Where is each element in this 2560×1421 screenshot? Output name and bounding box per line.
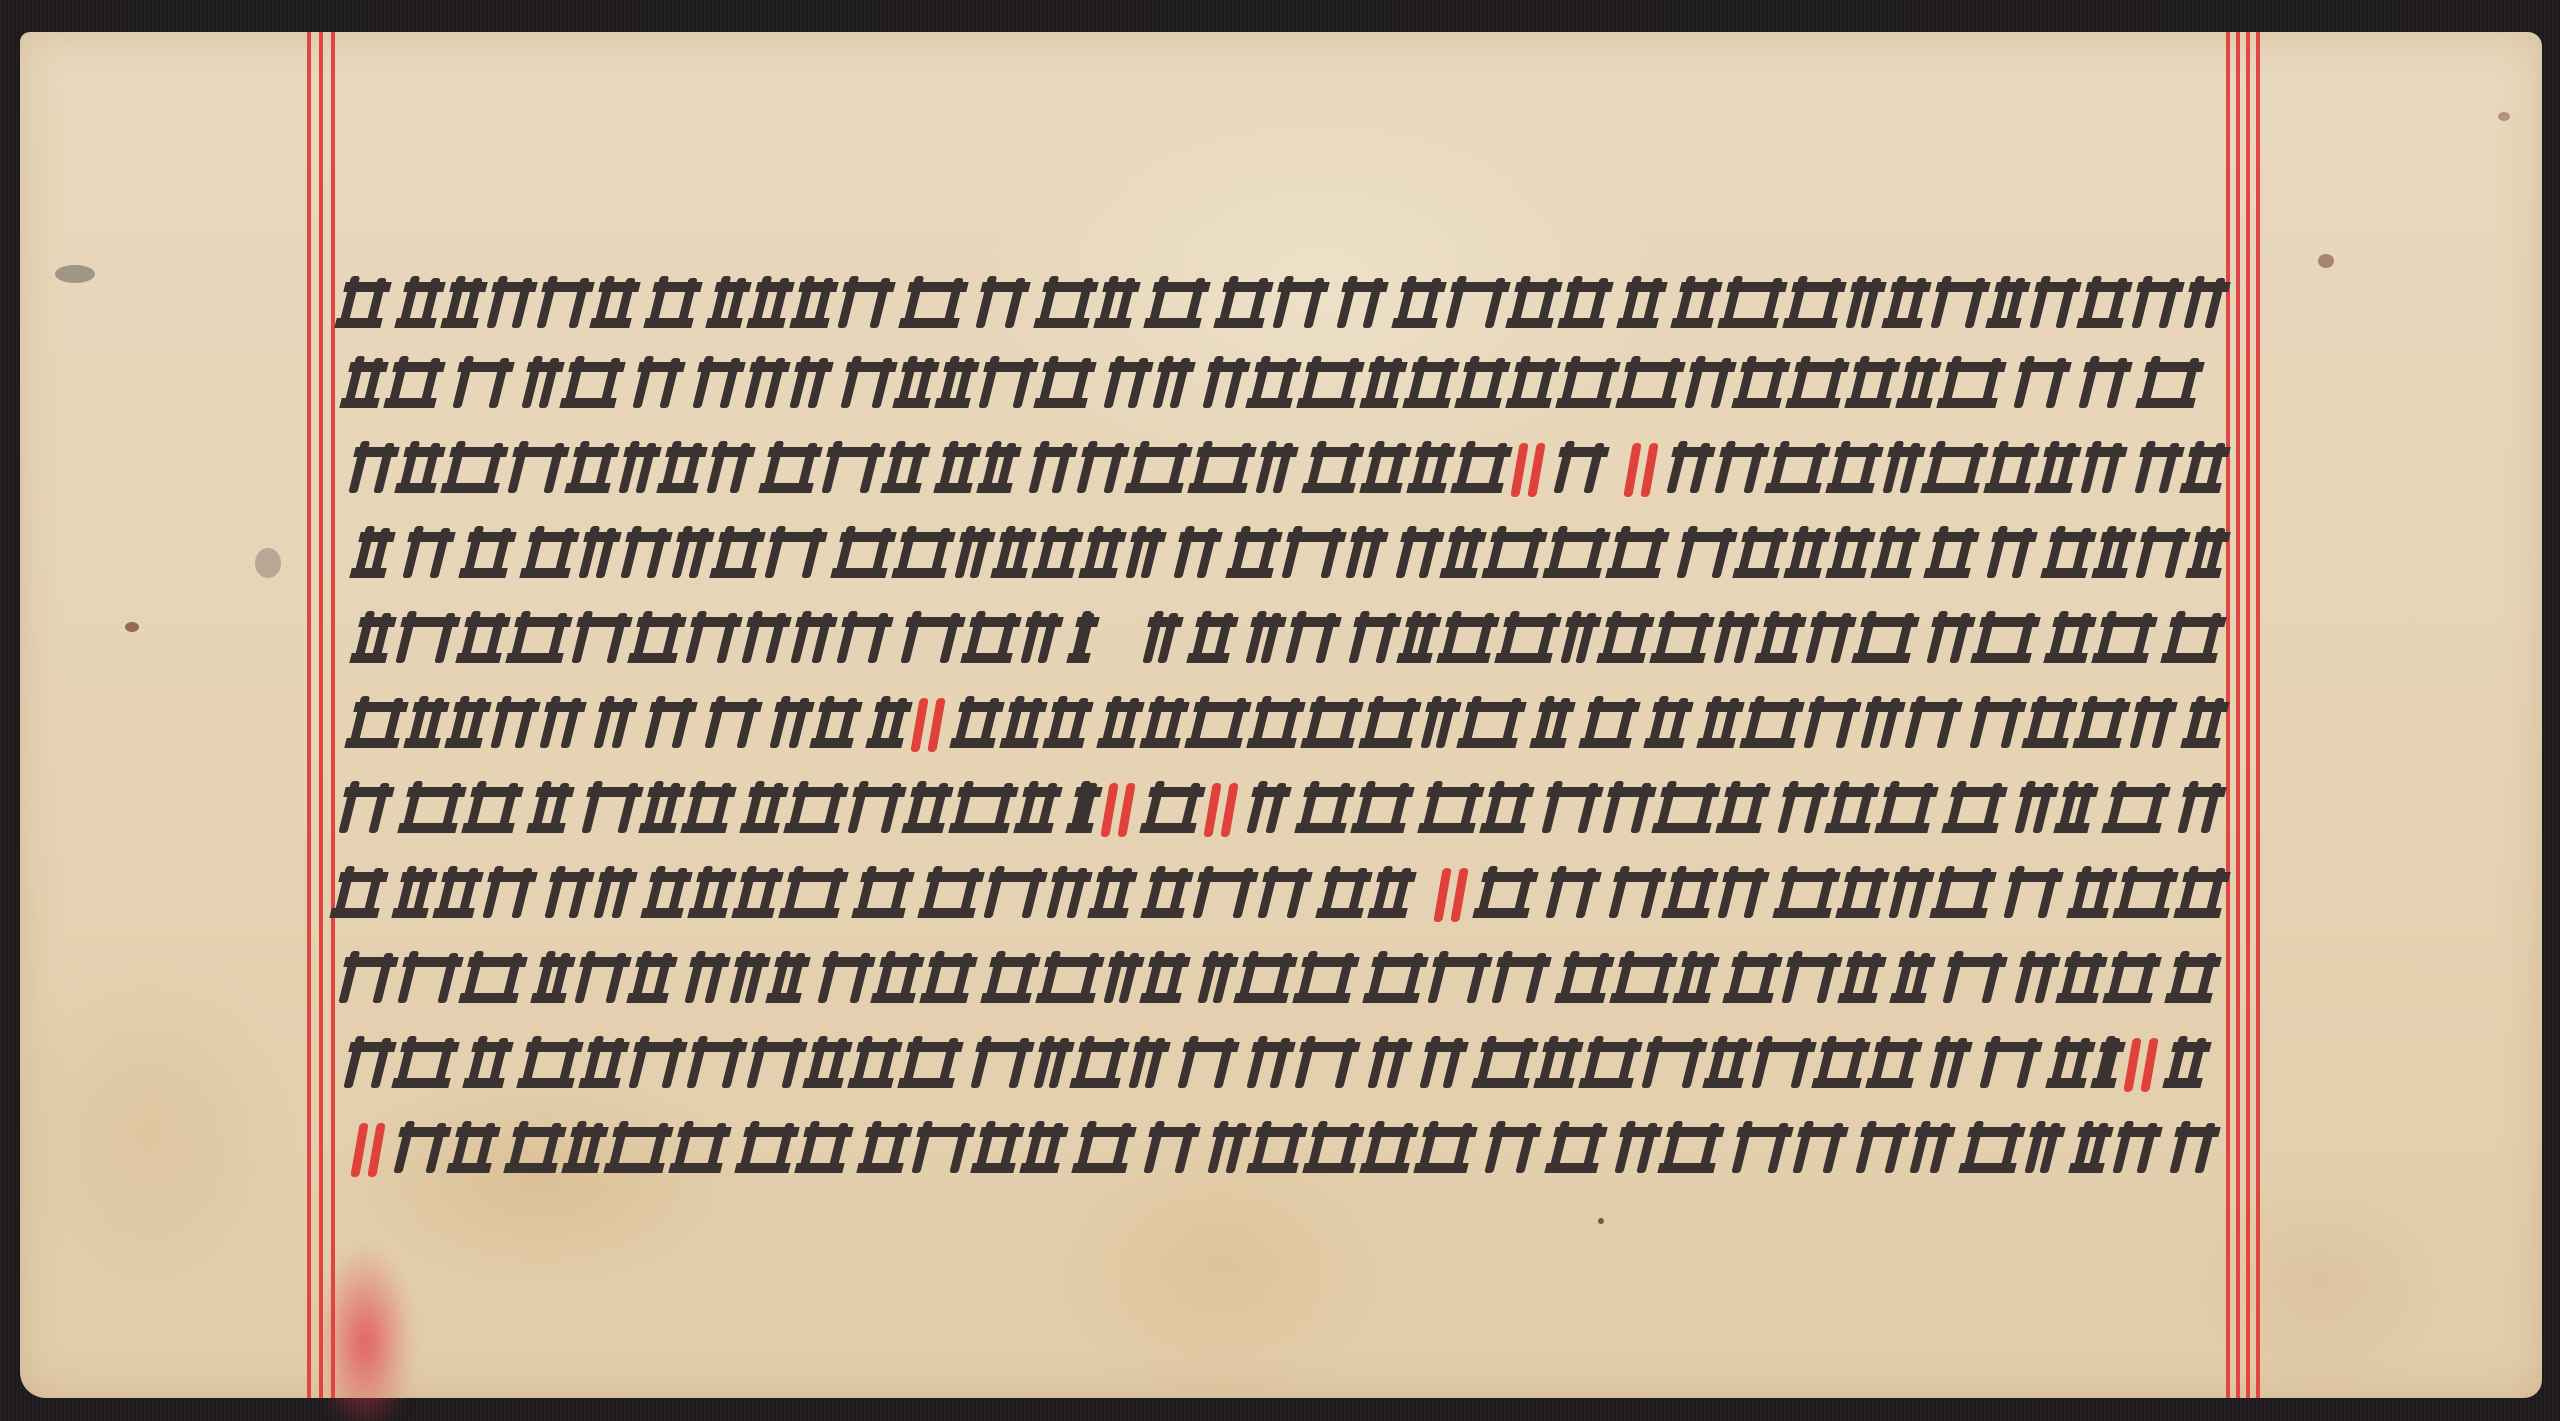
script-glyph [891, 532, 955, 578]
script-glyph [1363, 1042, 1412, 1088]
red-double-danda-mark [1105, 783, 1135, 837]
script-glyph [394, 447, 445, 493]
script-glyph [2162, 1042, 2211, 1088]
script-glyph [2165, 1127, 2220, 1173]
script-glyph [948, 787, 1018, 833]
script-glyph [1841, 282, 1886, 328]
script-glyph [1472, 872, 1538, 918]
script-glyph [2076, 282, 2132, 328]
script-glyph [577, 787, 643, 833]
script-glyph [1637, 1042, 1707, 1088]
script-glyph [339, 362, 388, 408]
script-glyph [1610, 1127, 1662, 1173]
manuscript-text-line [20, 270, 2542, 340]
manuscript-text-line [20, 520, 2542, 590]
script-glyph [530, 957, 575, 1003]
script-glyph [1783, 532, 1830, 578]
script-glyph [1529, 702, 1575, 748]
script-glyph [1657, 1127, 1724, 1173]
script-glyph [976, 447, 1021, 493]
red-double-danda-mark [1515, 443, 1545, 497]
script-glyph [1555, 362, 1620, 408]
script-glyph [1747, 1042, 1816, 1088]
script-glyph [2074, 362, 2132, 408]
script-glyph [1198, 362, 1250, 408]
script-glyph [2185, 532, 2230, 578]
script-glyph [1253, 872, 1312, 918]
script-glyph [950, 532, 995, 578]
script-glyph [1662, 447, 1715, 493]
script-glyph [1121, 532, 1166, 578]
script-glyph [765, 957, 810, 1003]
script-glyph [1362, 957, 1428, 1003]
script-glyph [391, 872, 437, 918]
script-glyph [440, 282, 487, 328]
paper-stain [1598, 1218, 1604, 1224]
script-glyph [2091, 617, 2157, 663]
script-glyph [1186, 617, 1238, 663]
script-glyph [1713, 872, 1769, 918]
script-glyph [1533, 1042, 1583, 1088]
script-glyph [640, 702, 697, 748]
script-glyph [1292, 957, 1359, 1003]
script-glyph [2020, 1127, 2065, 1173]
script-glyph [640, 872, 692, 918]
script-glyph [1801, 617, 1856, 663]
script-glyph [2010, 787, 2058, 833]
script-glyph [517, 362, 564, 408]
script-glyph [1651, 787, 1720, 833]
script-glyph [1999, 872, 2063, 918]
script-glyph [979, 872, 1047, 918]
script-glyph [746, 282, 794, 328]
script-glyph [535, 702, 586, 748]
script-glyph [999, 702, 1047, 748]
script-glyph [1925, 1042, 1972, 1088]
script-glyph [1785, 362, 1849, 408]
script-glyph [626, 957, 677, 1003]
script-glyph [1938, 957, 2007, 1003]
script-glyph [1143, 282, 1210, 328]
script-glyph [1391, 532, 1444, 578]
script-glyph [2076, 447, 2127, 493]
script-glyph [2173, 787, 2226, 833]
script-glyph [1844, 362, 1900, 408]
script-glyph [789, 282, 838, 328]
script-glyph [446, 1127, 500, 1173]
script-glyph [1456, 702, 1526, 748]
script-glyph [603, 1127, 673, 1173]
script-glyph [344, 447, 399, 493]
script-glyph [1926, 282, 1990, 328]
script-glyph [478, 872, 537, 918]
script-glyph [1825, 532, 1875, 578]
script-glyph [1505, 282, 1562, 328]
script-glyph [1722, 957, 1782, 1003]
script-glyph [1941, 787, 2007, 833]
script-glyph [1851, 617, 1919, 663]
script-glyph [897, 1042, 963, 1088]
script-glyph [980, 957, 1040, 1003]
script-glyph [1799, 702, 1861, 748]
script-glyph [1975, 1042, 2042, 1088]
script-glyph [1188, 872, 1258, 918]
script-glyph [1139, 787, 1205, 833]
manuscript-text-line [20, 690, 2542, 760]
script-glyph [1436, 617, 1499, 663]
script-glyph [1479, 787, 1534, 833]
script-glyph [1884, 872, 1934, 918]
script-glyph [461, 787, 523, 833]
script-glyph [1140, 872, 1193, 918]
script-glyph [1874, 787, 1938, 833]
script-glyph [1251, 447, 1298, 493]
script-glyph [383, 362, 445, 408]
script-glyph [1069, 1042, 1129, 1088]
script-glyph [1824, 787, 1879, 833]
script-glyph [1277, 532, 1346, 578]
manuscript-text-line [20, 860, 2542, 930]
script-glyph [949, 702, 1004, 748]
script-glyph [1024, 447, 1077, 493]
script-glyph [742, 1042, 807, 1088]
script-glyph [1811, 1042, 1870, 1088]
script-glyph [1233, 957, 1297, 1003]
script-glyph [1672, 532, 1737, 578]
script-glyph [794, 1127, 853, 1173]
script-glyph [880, 447, 930, 493]
script-glyph [1138, 617, 1183, 663]
script-glyph [1169, 532, 1222, 578]
script-glyph [731, 872, 783, 918]
script-glyph [1754, 617, 1806, 663]
script-glyph [455, 617, 510, 663]
script-glyph [1193, 957, 1238, 1003]
script-glyph [760, 532, 827, 578]
script-glyph [856, 1127, 912, 1173]
script-glyph [1936, 362, 2006, 408]
script-glyph [1096, 702, 1144, 748]
script-glyph [1856, 702, 1905, 748]
script-glyph [1732, 532, 1788, 578]
red-double-danda-mark [1208, 783, 1238, 837]
script-glyph [2180, 702, 2229, 748]
script-glyph [394, 282, 445, 328]
script-glyph [2091, 532, 2136, 578]
script-glyph [1782, 282, 1846, 328]
script-glyph [896, 617, 965, 663]
script-glyph [919, 957, 977, 1003]
script-glyph [1099, 362, 1153, 408]
script-glyph [1139, 957, 1190, 1003]
script-glyph [1124, 1042, 1170, 1088]
script-glyph [1332, 282, 1388, 328]
script-glyph [901, 787, 953, 833]
script-glyph [817, 447, 885, 493]
script-glyph [567, 617, 632, 663]
script-glyph [1958, 1127, 2025, 1173]
script-glyph [786, 617, 837, 663]
script-glyph [1416, 702, 1461, 748]
script-glyph [833, 282, 895, 328]
script-glyph [1970, 617, 2040, 663]
script-glyph [349, 532, 395, 578]
script-glyph [1315, 872, 1372, 918]
script-glyph [1549, 447, 1609, 493]
script-glyph [334, 957, 398, 1003]
script-glyph [1596, 617, 1654, 663]
paper-stain [2318, 254, 2334, 268]
script-glyph [1029, 1042, 1074, 1088]
script-glyph [444, 702, 491, 748]
script-glyph [667, 532, 714, 578]
script-glyph [1402, 362, 1459, 408]
script-glyph [1670, 282, 1722, 328]
script-glyph [1148, 362, 1195, 408]
script-glyph [505, 617, 572, 663]
script-glyph [643, 282, 702, 328]
script-glyph [656, 447, 707, 493]
script-glyph [334, 787, 394, 833]
script-glyph [1072, 447, 1129, 493]
script-glyph [668, 1127, 731, 1173]
script-glyph [765, 702, 814, 748]
script-glyph [2025, 282, 2081, 328]
script-glyph [898, 282, 968, 328]
script-glyph [1087, 872, 1137, 918]
script-glyph [614, 447, 661, 493]
script-glyph [1764, 447, 1830, 493]
script-glyph [1870, 532, 1920, 578]
manuscript-text-line [20, 605, 2542, 675]
script-glyph [561, 1127, 608, 1173]
script-glyph [1923, 532, 1979, 578]
script-glyph [482, 282, 537, 328]
paper-stain [2498, 112, 2510, 121]
script-glyph [682, 1042, 747, 1088]
script-glyph [329, 872, 388, 918]
script-glyph [1065, 787, 1102, 833]
script-glyph [1554, 957, 1614, 1003]
script-glyph [758, 447, 822, 493]
script-glyph [1494, 617, 1561, 663]
script-glyph [700, 702, 762, 748]
script-glyph [734, 1127, 799, 1173]
script-glyph [933, 447, 981, 493]
script-glyph [1702, 1042, 1752, 1088]
script-glyph [1423, 957, 1492, 1003]
script-glyph [1900, 702, 1962, 748]
script-glyph [680, 957, 730, 1003]
script-glyph [2068, 1127, 2113, 1173]
script-glyph [1139, 1127, 1200, 1173]
red-ink-smudge [305, 1222, 425, 1421]
script-glyph [1609, 957, 1677, 1003]
script-glyph [389, 1127, 451, 1173]
script-glyph [1835, 872, 1889, 918]
script-glyph [1033, 362, 1096, 408]
script-glyph [1643, 702, 1693, 748]
script-glyph [1350, 787, 1414, 833]
script-glyph [2072, 702, 2130, 748]
script-glyph [1715, 787, 1770, 833]
script-glyph [1184, 702, 1251, 748]
script-glyph [1359, 1127, 1418, 1173]
script-glyph [1359, 447, 1411, 493]
script-glyph [1099, 957, 1144, 1003]
script-glyph [559, 362, 625, 408]
script-glyph [2108, 1127, 2162, 1173]
script-glyph [1541, 872, 1601, 918]
script-glyph [1268, 282, 1329, 328]
script-glyph [865, 702, 912, 748]
red-double-danda-mark [355, 1123, 385, 1177]
script-glyph [907, 1127, 975, 1173]
script-glyph [1281, 617, 1341, 663]
script-glyph [2066, 872, 2117, 918]
script-glyph [1487, 957, 1551, 1003]
script-glyph [403, 702, 449, 748]
script-glyph [2131, 532, 2190, 578]
script-glyph [2043, 617, 2096, 663]
script-glyph [1710, 447, 1769, 493]
script-glyph [2009, 362, 2071, 408]
red-double-danda-mark [915, 698, 945, 752]
script-glyph [702, 447, 755, 493]
script-glyph [2090, 1042, 2125, 1088]
script-glyph [740, 362, 790, 408]
script-glyph [1920, 447, 1988, 493]
script-glyph [1983, 447, 2039, 493]
script-glyph [1777, 957, 1842, 1003]
script-glyph [516, 1042, 583, 1088]
script-glyph [2102, 957, 2161, 1003]
script-glyph [397, 787, 466, 833]
script-glyph [1825, 447, 1883, 493]
script-glyph [1187, 447, 1256, 493]
script-glyph [1344, 617, 1401, 663]
script-glyph [1982, 532, 2037, 578]
script-glyph [393, 957, 463, 1003]
script-glyph [966, 1042, 1034, 1088]
script-glyph [1016, 617, 1063, 663]
script-glyph [1851, 1127, 1910, 1173]
script-glyph [432, 872, 483, 918]
script-glyph [1454, 362, 1510, 408]
script-glyph [688, 362, 745, 408]
script-glyph [589, 872, 637, 918]
script-glyph [1480, 1127, 1541, 1173]
script-glyph [783, 787, 848, 833]
script-glyph [2160, 617, 2226, 663]
script-glyph [2127, 282, 2184, 328]
script-glyph [1396, 617, 1441, 663]
paper-stain [255, 548, 281, 578]
script-glyph [1406, 447, 1455, 493]
script-glyph [398, 532, 455, 578]
script-glyph [1837, 957, 1886, 1003]
script-glyph [705, 282, 751, 328]
script-glyph [1661, 872, 1718, 918]
script-glyph [574, 532, 621, 578]
script-glyph [1481, 532, 1547, 578]
script-glyph [1556, 617, 1601, 663]
script-glyph [349, 617, 396, 663]
script-glyph [1672, 957, 1719, 1003]
script-glyph [458, 957, 527, 1003]
script-glyph [739, 787, 788, 833]
script-glyph [1578, 1042, 1642, 1088]
script-glyph [519, 532, 579, 578]
script-glyph [1246, 1127, 1307, 1173]
script-glyph [532, 282, 594, 328]
script-glyph [1542, 532, 1610, 578]
script-glyph [1616, 282, 1667, 328]
script-glyph [687, 872, 736, 918]
script-glyph [970, 1127, 1024, 1173]
script-glyph [1772, 872, 1840, 918]
script-glyph [1788, 1127, 1848, 1173]
script-glyph [2125, 702, 2177, 748]
script-glyph [1415, 1042, 1468, 1088]
script-glyph [1441, 282, 1510, 328]
script-glyph [1035, 957, 1104, 1003]
script-glyph [2021, 702, 2077, 748]
script-glyph [1439, 532, 1486, 578]
script-glyph [1773, 787, 1829, 833]
script-glyph [785, 362, 833, 408]
script-glyph [1578, 702, 1640, 748]
script-glyph [1537, 787, 1603, 833]
script-glyph [1450, 447, 1512, 493]
red-double-danda-mark [1628, 443, 1658, 497]
script-glyph [2179, 282, 2230, 328]
red-double-danda-mark [1438, 868, 1468, 922]
script-glyph [709, 532, 765, 578]
script-glyph [2112, 872, 2178, 918]
script-glyph [1417, 787, 1484, 833]
script-glyph [971, 282, 1030, 328]
manuscript-text-line [20, 775, 2542, 845]
script-glyph [1739, 702, 1804, 748]
manuscript-text-line [20, 1115, 2542, 1185]
script-glyph [832, 617, 893, 663]
script-glyph [681, 617, 742, 663]
script-glyph [802, 1042, 852, 1088]
script-glyph [1922, 617, 1975, 663]
script-glyph [843, 787, 906, 833]
script-glyph [1302, 1127, 1364, 1173]
script-glyph [1241, 617, 1286, 663]
script-glyph [1985, 282, 2030, 328]
script-glyph [526, 787, 574, 833]
script-glyph [638, 787, 685, 833]
script-glyph [1213, 282, 1273, 328]
script-glyph [334, 282, 391, 328]
script-glyph [1865, 1042, 1922, 1088]
script-glyph [1013, 787, 1062, 833]
script-glyph [1093, 282, 1140, 328]
script-glyph [2045, 1042, 2095, 1088]
script-glyph [974, 362, 1038, 408]
script-glyph [1557, 282, 1613, 328]
script-glyph [813, 957, 875, 1003]
script-glyph [564, 447, 619, 493]
script-glyph [1341, 532, 1388, 578]
script-glyph [725, 957, 770, 1003]
script-glyph [339, 1042, 396, 1088]
script-glyph [851, 872, 914, 918]
